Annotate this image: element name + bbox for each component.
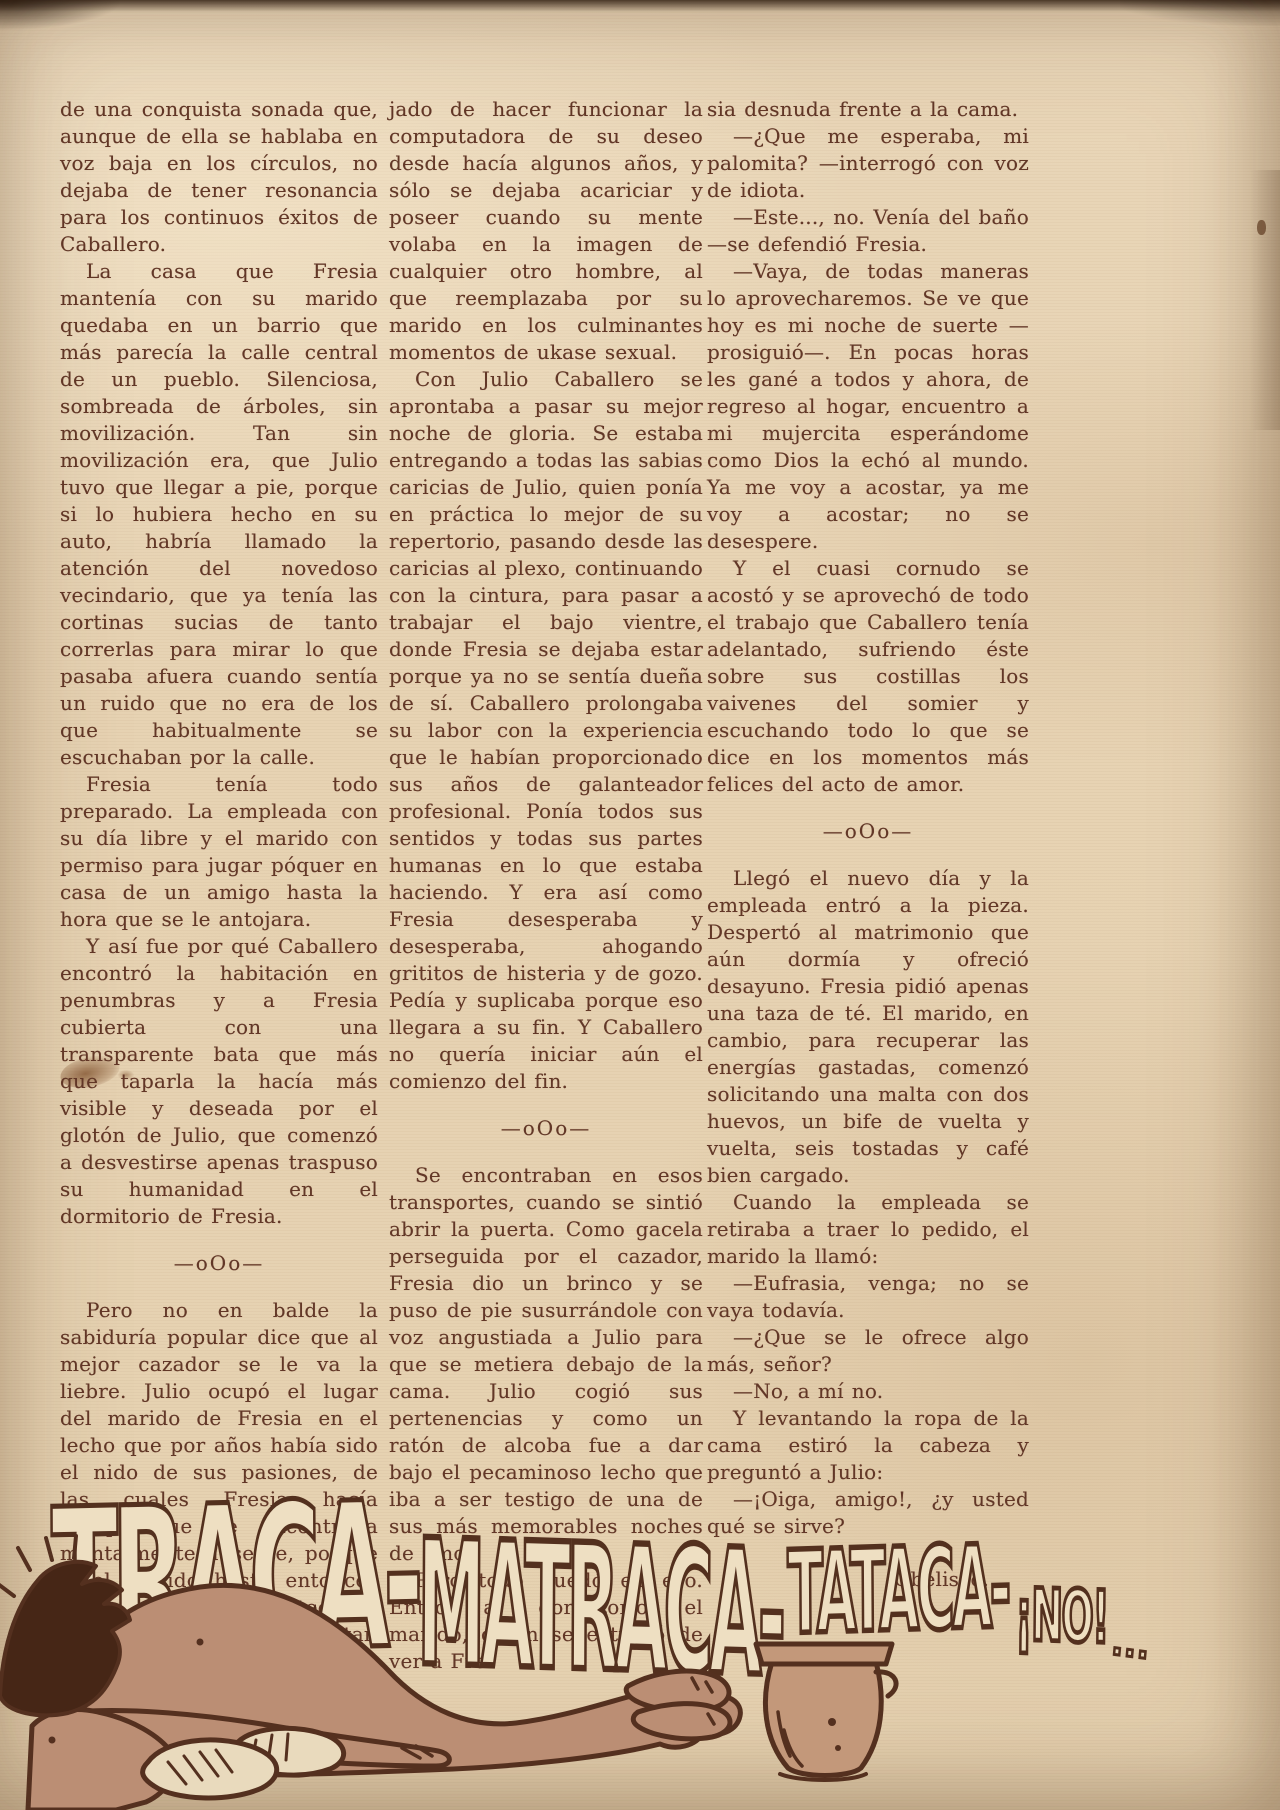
sandal-left [143, 1740, 277, 1798]
article-paragraph: Fresia tenía todo preparado. La empleada… [60, 771, 378, 933]
pot-body [765, 1662, 881, 1776]
section-separator: —oOo— [60, 1250, 378, 1277]
pot-rim [756, 1644, 892, 1664]
article-column-3: sia desnuda frente a la cama.—¿Que me es… [707, 96, 1029, 1593]
article-paragraph: Y levantando la ropa de la cama estiró l… [707, 1405, 1029, 1486]
figure-foot-lower [633, 1704, 730, 1739]
section-separator: —oOo— [389, 1115, 703, 1142]
article-paragraph: —¿Que me esperaba, mi palomita? —interro… [707, 123, 1029, 204]
page-corner-shadow-right [1120, 0, 1280, 26]
article-paragraph: jado de hacer funcionar la computadora d… [389, 96, 703, 366]
article-paragraph: Y el cuasi cornudo se acostó y se aprove… [707, 555, 1029, 798]
article-paragraph: Y así fue por qué Caballero encontró la … [60, 933, 378, 1230]
article-paragraph: Llegó el nuevo día y la empleada entró a… [707, 865, 1029, 1189]
article-paragraph: —Eufrasia, venga; no se vaya todavía. [707, 1270, 1029, 1324]
article-paragraph: de una conquista sonada que, aunque de e… [60, 96, 378, 258]
clay-pot [756, 1644, 896, 1780]
page-crease [1250, 170, 1280, 430]
comic-illustration [0, 1500, 1280, 1810]
reclining-figure [0, 1536, 740, 1810]
article-paragraph: —¿Que se le ofrece algo más, señor? [707, 1324, 1029, 1378]
article-paragraph: sia desnuda frente a la cama. [707, 96, 1029, 123]
article-paragraph: La casa que Fresia mantenía con su marid… [60, 258, 378, 771]
section-separator: —oOo— [707, 818, 1029, 845]
article-paragraph: Con Julio Caballero se aprontaba a pasar… [389, 366, 703, 1095]
figure-nipple [49, 1737, 56, 1744]
article-column-2: jado de hacer funcionar la computadora d… [389, 96, 703, 1675]
paper-speck [1257, 220, 1266, 235]
article-paragraph: —Vaya, de todas maneras lo aprovecharemo… [707, 258, 1029, 555]
article-column-1: de una conquista sonada que, aunque de e… [60, 96, 378, 1675]
article-paragraph: Cuando la empleada se retiraba a traer l… [707, 1189, 1029, 1270]
figure-navel [197, 1639, 204, 1646]
article-paragraph: —Este..., no. Venía del baño —se defendi… [707, 204, 1029, 258]
page-corner-shadow-left [0, 0, 120, 30]
article-paragraph: —No, a mí no. [707, 1378, 1029, 1405]
page-top-shadow [0, 0, 1280, 12]
